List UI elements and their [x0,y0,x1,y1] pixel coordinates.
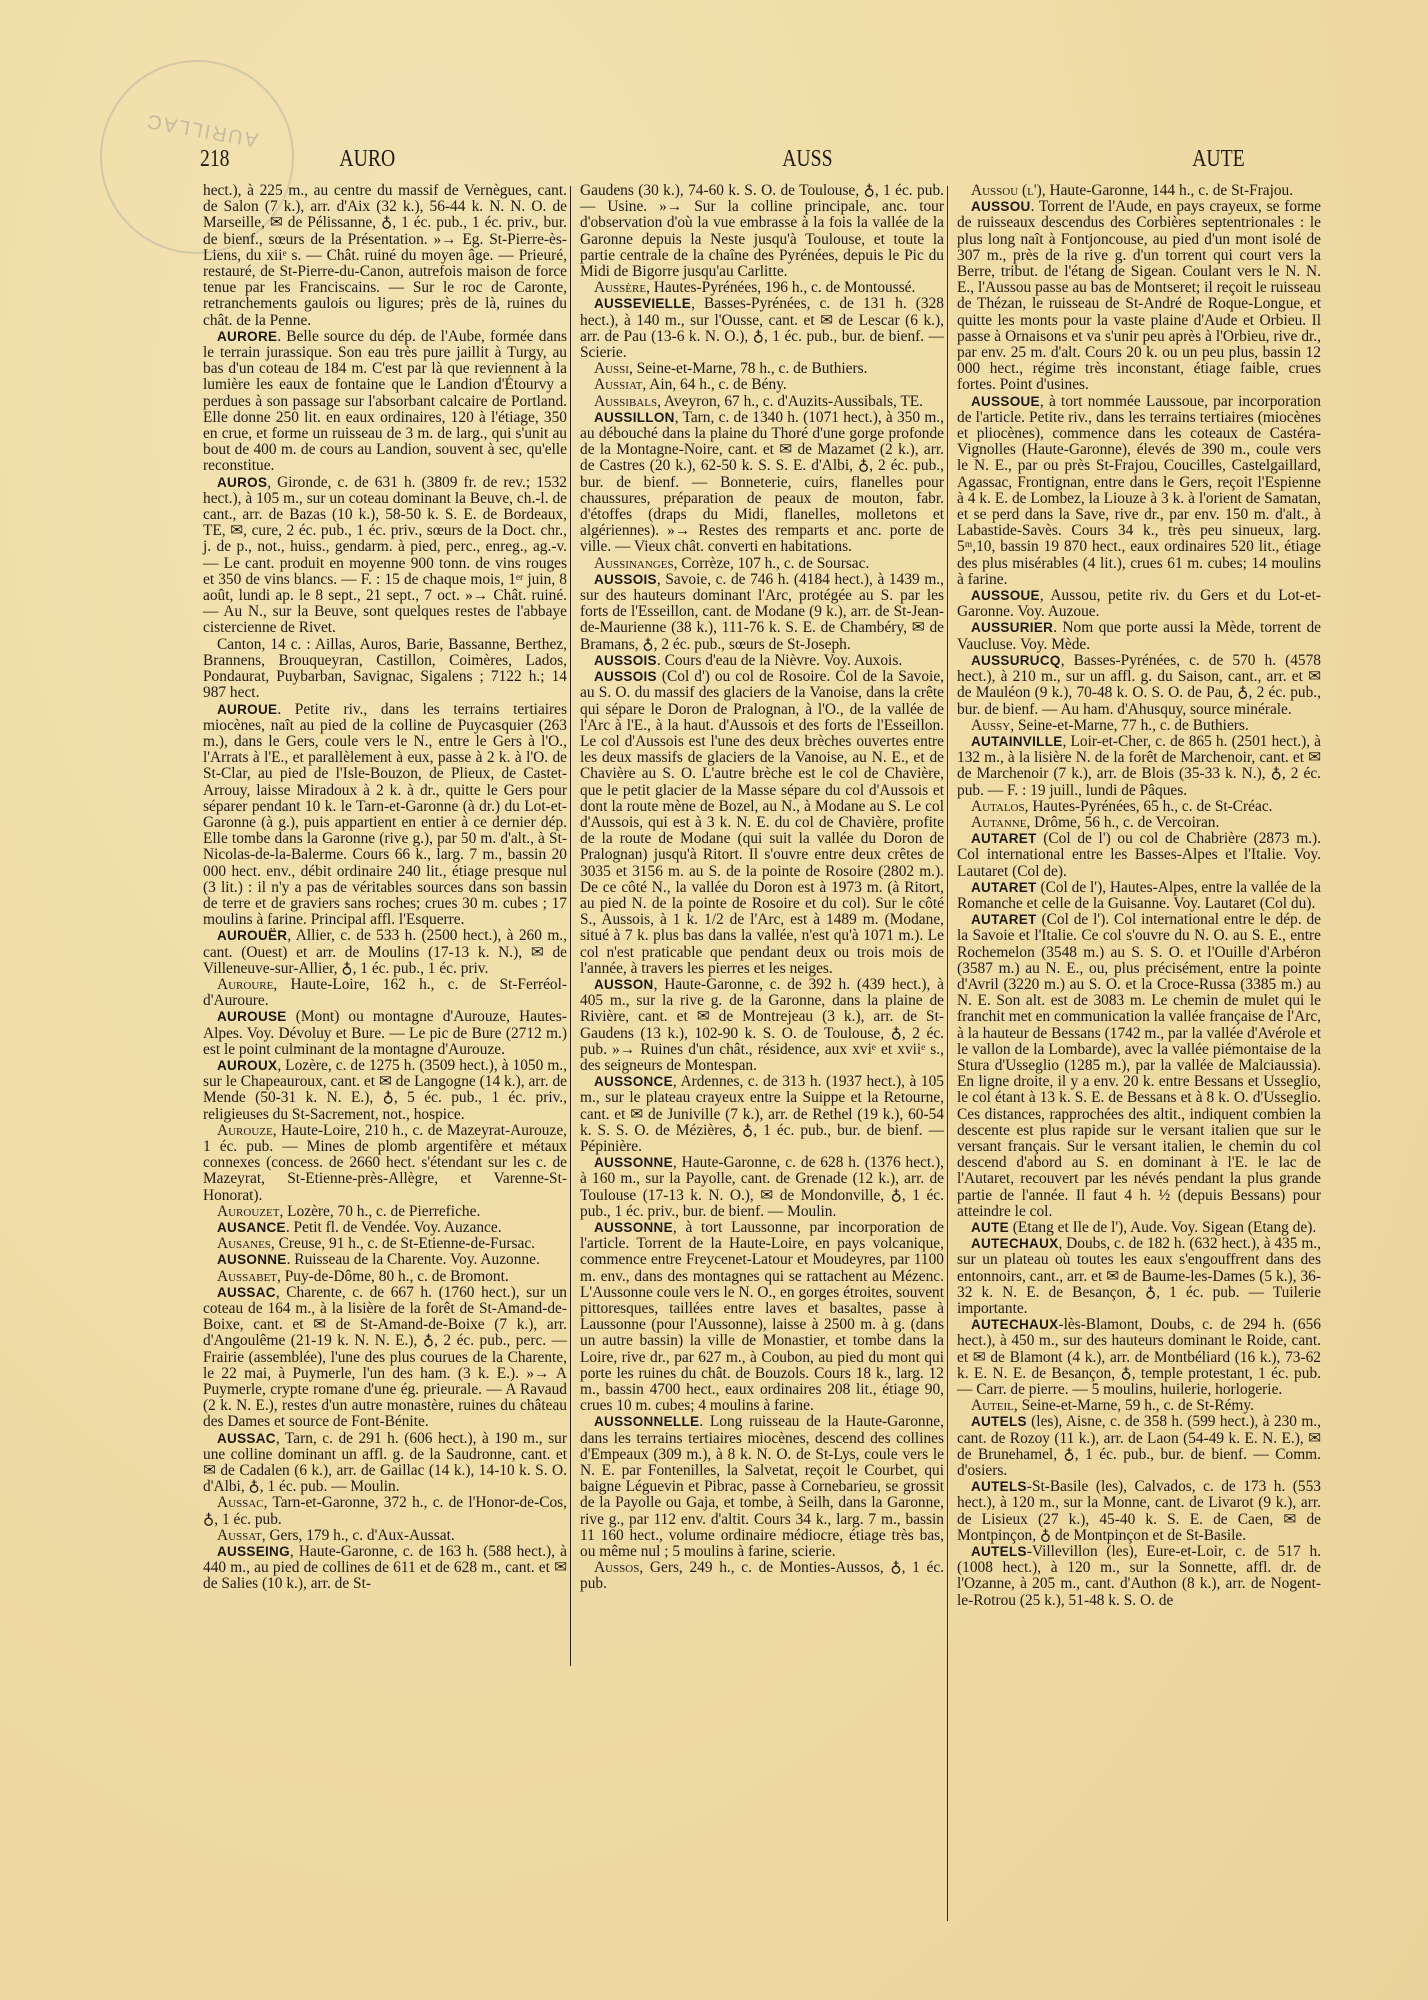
right-guide-word: AUTE [1192,146,1244,173]
dictionary-entry: AUSSURUCQ, Basses-Pyrénées, c. de 570 h.… [957,653,1321,718]
canton-list: Canton, 14 c. : Aillas, Auros, Barie, Ba… [203,637,567,702]
dictionary-entry: Aussat, Gers, 179 h., c. d'Aux-Aussat. [203,1528,567,1544]
entry-body: , Hautes-Pyrénées, 196 h., c. de Montous… [646,279,915,296]
dictionary-entry: Gaudens (30 k.), 74-60 k. S. O. de Toulo… [580,183,944,280]
dictionary-entry: AUTELS-St-Basile (les), Calvados, c. de … [957,1479,1321,1544]
dictionary-entry: AUSSOUE, à tort nommée Laussoue, par inc… [957,394,1321,588]
entry-minor-headword: Aussac [217,1494,264,1511]
entry-headword: AUROUËR [217,928,287,943]
dictionary-entry: AUSSAC, Tarn, c. de 291 h. (606 hect.), … [203,1431,567,1496]
entry-body: , Seine-et-Marne, 78 h., c. de Buthiers. [629,360,868,377]
entry-body: , Seine-et-Marne, 77 h., c. de Buthiers. [1010,717,1249,734]
entry-body: , Lozère, 70 h., c. de Pierrefiche. [279,1203,480,1220]
entry-headword: AUSSON [594,977,654,992]
entry-headword: AUTECHAUX [971,1236,1058,1251]
entry-body: . Belle source du dép. de l'Aube, formée… [203,328,567,475]
entry-body: , Puy-de-Dôme, 80 h., c. de Bromont. [277,1268,509,1285]
dictionary-entry: Aussabet, Puy-de-Dôme, 80 h., c. de Brom… [203,1269,567,1285]
entry-body: (Col d') ou col de Rosoire. Col de la Sa… [580,668,944,977]
entry-body: . Torrent de l'Aude, en pays crayeux, se… [957,198,1321,393]
entry-headword: AUTARET [971,831,1037,846]
entry-headword: AUSSOIS [594,572,657,587]
dictionary-entry: Aussy, Seine-et-Marne, 77 h., c. de Buth… [957,718,1321,734]
dictionary-entry: AUROUËR, Allier, c. de 533 h. (2500 hect… [203,928,567,977]
dictionary-entry: AUSSOIS, Savoie, c. de 746 h. (4184 hect… [580,572,944,653]
dictionary-entry: Ausanes, Creuse, 91 h., c. de St-Etienne… [203,1236,567,1252]
dictionary-entry: Aussi, Seine-et-Marne, 78 h., c. de Buth… [580,361,944,377]
entry-headword: AUROS [217,475,267,490]
entry-body: (Col de l'). Col international entre le … [957,911,1321,1220]
column-divider-2 [947,186,948,1921]
dictionary-entry: AUSSURIER. Nom que porte aussi la Mède, … [957,620,1321,652]
entry-headword: AUSANCE [217,1220,286,1235]
dictionary-entry: AUROS, Gironde, c. de 631 h. (3809 fr. d… [203,475,567,637]
dictionary-entry: AUTAINVILLE, Loir-et-Cher, c. de 865 h. … [957,734,1321,799]
entry-body: . Petit fl. de Vendée. Voy. Auzance. [286,1219,502,1236]
entry-minor-headword: Aussy [971,717,1010,734]
entry-body: , Haute-Garonne, 144 h., c. de St-Frajou… [1042,182,1293,199]
entry-body: . Petite riv., dans les terrains tertiai… [203,701,567,929]
entry-body: , Seine-et-Marne, 59 h., c. de St-Rémy. [1014,1397,1254,1414]
entry-headword: AUTECHAUX [971,1317,1058,1332]
entry-headword: AUTARET [971,912,1037,927]
dictionary-entry: AUSSON, Haute-Garonne, c. de 392 h. (439… [580,977,944,1074]
entry-minor-headword: Aussabet [217,1268,277,1285]
entry-headword: AUTAINVILLE [971,734,1063,749]
column-1: hect.), à 225 m., au centre du massif de… [203,183,567,1593]
entry-headword: AUROUSE [217,1009,287,1024]
entry-body: , Hautes-Pyrénées, 65 h., c. de St-Créac… [1025,798,1273,815]
entry-headword: AUSSONNELLE [594,1414,699,1429]
entry-headword: AUSSAC [217,1431,276,1446]
dictionary-entry: Autanne, Drôme, 56 h., c. de Vercoiran. [957,815,1321,831]
dictionary-entry: AUSSONNE, à tort Laussonne, par incorpor… [580,1220,944,1414]
entry-body: , Ain, 64 h., c. de Bény. [642,376,786,393]
entry-body: , à tort Laussonne, par incorporation de… [580,1219,944,1414]
entry-headword: AUSONNE [217,1252,287,1267]
entry-headword: AUTARET [971,880,1037,895]
entry-body: , Gironde, c. de 631 h. (3809 fr. de rev… [203,474,567,637]
page-number: 218 [200,146,230,173]
entry-minor-headword: Aussère [594,279,646,296]
entry-minor-headword: Auroure [217,976,273,993]
dictionary-entry: Aussibals, Aveyron, 67 h., c. d'Auzits-A… [580,394,944,410]
entry-headword: AUSSONNE [594,1220,673,1235]
dictionary-entry: Autalos, Hautes-Pyrénées, 65 h., c. de S… [957,799,1321,815]
dictionary-entry: Aussiat, Ain, 64 h., c. de Bény. [580,377,944,393]
dictionary-entry: AUSSILLON, Tarn, c. de 1340 h. (1071 hec… [580,410,944,556]
entry-minor-headword: Aussibals [594,393,657,410]
entry-minor-headword: Aussos [594,1559,639,1576]
entry-headword: AUSSOIS [594,653,657,668]
dictionary-entry: AUROUSE (Mont) ou montagne d'Aurouze, Ha… [203,1009,567,1058]
entry-minor-headword: Auteil [971,1397,1014,1414]
dictionary-entry: Aussinanges, Corrèze, 107 h., c. de Sour… [580,556,944,572]
entry-minor-headword: Aussi [594,360,629,377]
dictionary-entry: AUTE (Etang et Ile de l'), Aude. Voy. Si… [957,1220,1321,1236]
entry-headword: AUSSONCE [594,1074,673,1089]
dictionary-entry: AUTELS-Villevillon (les), Eure-et-Loir, … [957,1544,1321,1609]
entry-body: , Tarn, c. de 1340 h. (1071 hect.), à 35… [580,409,944,556]
entry-headword: AUSSEVIELLE [594,296,691,311]
column-divider-1 [570,186,571,1666]
entry-headword: AUSSURUCQ [971,653,1061,668]
entry-minor-headword: Aurouzet [217,1203,279,1220]
dictionary-entry: AUSSEVIELLE, Basses-Pyrénées, c. de 131 … [580,296,944,361]
dictionary-entry: AUSONNE. Ruisseau de la Charente. Voy. A… [203,1252,567,1268]
dictionary-entry: Auroure, Haute-Loire, 162 h., c. de St-F… [203,977,567,1009]
entry-minor-headword: Aussiat [594,376,642,393]
dictionary-entry: AUTARET (Col de l'). Col international e… [957,912,1321,1220]
entry-headword: AUSSOU [971,199,1031,214]
column-2: Gaudens (30 k.), 74-60 k. S. O. de Toulo… [580,183,944,1593]
entry-headword: AUSSAC [217,1285,276,1300]
entry-headword: AUSSURIER [971,620,1053,635]
entry-headword: AUSSOIS [594,669,657,684]
dictionary-entry: Aussère, Hautes-Pyrénées, 196 h., c. de … [580,280,944,296]
entry-minor-headword: Aurouze [217,1122,273,1139]
dictionary-entry: AUSSOIS (Col d') ou col de Rosoire. Col … [580,669,944,977]
entry-body: Gaudens (30 k.), 74-60 k. S. O. de Toulo… [580,182,944,280]
entry-headword: AUSSOUE [971,588,1040,603]
dictionary-entry: AUROUE. Petite riv., dans les terrains t… [203,702,567,929]
entry-body: , à tort nommée Laussoue, par incorporat… [957,393,1321,588]
entry-headword: AUTELS [971,1479,1027,1494]
dictionary-entry: Aurouze, Haute-Loire, 210 h., c. de Maze… [203,1123,567,1204]
entry-body: , Charente, c. de 667 h. (1760 hect.), s… [203,1284,567,1431]
entry-body: . Cours d'eau de la Nièvre. Voy. Auxois. [657,652,902,669]
dictionary-entry: AUTARET (Col de l'), Hautes-Alpes, entre… [957,880,1321,912]
entry-body: , Drôme, 56 h., c. de Vercoiran. [1026,814,1219,831]
page-header: 218 AURO AUSS AUTE [200,146,1118,180]
entry-body: , Aveyron, 67 h., c. d'Auzits-Aussibals,… [657,393,923,410]
entry-body: , Corrèze, 107 h., c. de Soursac. [674,555,870,572]
entry-minor-headword: Autalos [971,798,1025,815]
entry-minor-headword: Autanne [971,814,1026,831]
entry-headword: AUSSEING [217,1544,290,1559]
entry-body: , Creuse, 91 h., c. de St-Etienne-de-Fur… [271,1235,535,1252]
entry-headword: AUROUE [217,702,277,717]
entry-headword: AUSSONNE [594,1155,673,1170]
entry-body: . Long ruisseau de la Haute-Garonne, dan… [580,1413,944,1560]
dictionary-entry: hect.), à 225 m., au centre du massif de… [203,183,567,329]
dictionary-entry: AUSSOIS. Cours d'eau de la Nièvre. Voy. … [580,653,944,669]
entry-body: Canton, 14 c. : Aillas, Auros, Barie, Ba… [203,636,567,702]
dictionary-entry: AUTARET (Col de l') ou col de Chabrière … [957,831,1321,880]
dictionary-entry: AUTECHAUX, Doubs, c. de 182 h. (632 hect… [957,1236,1321,1317]
entry-headword: AUTELS [971,1414,1027,1429]
entry-headword: AUSSILLON [594,410,675,425]
entry-headword: AUROUX [217,1058,277,1073]
dictionary-entry: AUSSONNE, Haute-Garonne, c. de 628 h. (1… [580,1155,944,1220]
dictionary-entry: AUTELS (les), Aisne, c. de 358 h. (599 h… [957,1414,1321,1479]
entry-headword: AUTELS [971,1544,1027,1559]
dictionary-entry: AUSSOU. Torrent de l'Aude, en pays craye… [957,199,1321,393]
dictionary-entry: Auteil, Seine-et-Marne, 59 h., c. de St-… [957,1398,1321,1414]
entry-minor-headword: Aussinanges [594,555,674,572]
dictionary-entry: AURORE. Belle source du dép. de l'Aube, … [203,329,567,475]
entry-minor-headword: Aussou (l') [971,182,1042,199]
dictionary-entry: AUSANCE. Petit fl. de Vendée. Voy. Auzan… [203,1220,567,1236]
entry-body: (Etang et Ile de l'), Aude. Voy. Sigean … [1009,1219,1316,1236]
entry-body: hect.), à 225 m., au centre du massif de… [203,182,567,329]
entry-body: , Gers, 179 h., c. d'Aux-Aussat. [262,1527,455,1544]
entry-headword: AUSSOUE [971,394,1040,409]
left-guide-word: AURO [339,146,395,173]
dictionary-entry: AUSSONCE, Ardennes, c. de 313 h. (1937 h… [580,1074,944,1155]
middle-guide-word: AUSS [782,146,832,173]
entry-minor-headword: Aussat [217,1527,262,1544]
entry-minor-headword: Ausanes [217,1235,271,1252]
entry-headword: AUTE [971,1220,1009,1235]
dictionary-entry: Aussos, Gers, 249 h., c. de Monties-Auss… [580,1560,944,1592]
dictionary-entry: Aussou (l'), Haute-Garonne, 144 h., c. d… [957,183,1321,199]
dictionary-entry: AUTECHAUX-lès-Blamont, Doubs, c. de 294 … [957,1317,1321,1398]
dictionary-entry: Aurouzet, Lozère, 70 h., c. de Pierrefic… [203,1204,567,1220]
dictionary-entry: AUROUX, Lozère, c. de 1275 h. (3509 hect… [203,1058,567,1123]
entry-body: . Ruisseau de la Charente. Voy. Auzonne. [287,1251,540,1268]
dictionary-entry: Aussac, Tarn-et-Garonne, 372 h., c. de l… [203,1495,567,1527]
dictionary-entry: AUSSONNELLE. Long ruisseau de la Haute-G… [580,1414,944,1560]
column-3: Aussou (l'), Haute-Garonne, 144 h., c. d… [957,183,1321,1609]
entry-headword: AURORE [217,329,277,344]
dictionary-entry: AUSSOUE, Aussou, petite riv. du Gers et … [957,588,1321,620]
dictionary-entry: AUSSEING, Haute-Garonne, c. de 163 h. (5… [203,1544,567,1593]
dictionary-entry: AUSSAC, Charente, c. de 667 h. (1760 hec… [203,1285,567,1431]
